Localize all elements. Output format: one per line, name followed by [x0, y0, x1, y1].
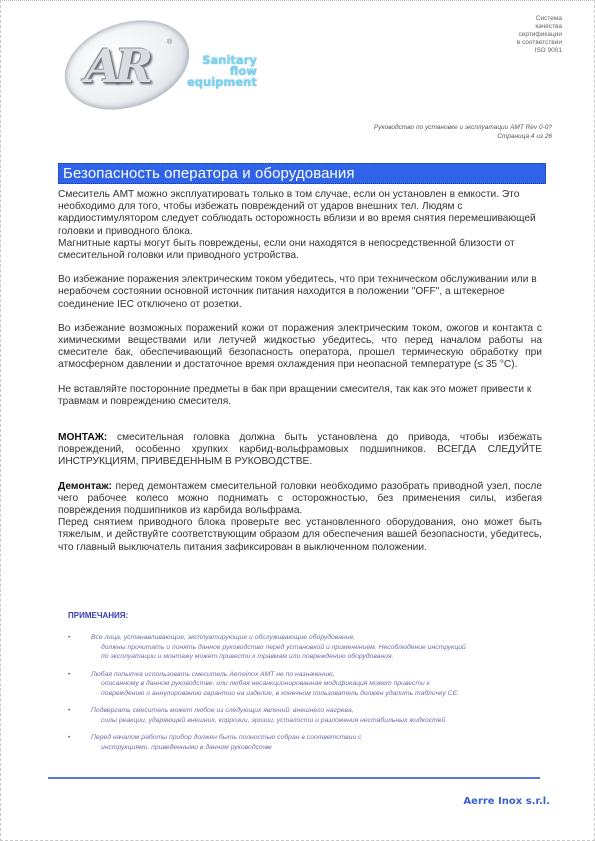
section-title-bar: Безопасность оператора и оборудования — [58, 163, 546, 184]
note-continuation: силы реакции, ударяющей внешних, коррози… — [68, 716, 538, 726]
quality-line: ISO 9001 — [472, 47, 562, 55]
dismounting-text: перед демонтажем смесительной головки не… — [58, 481, 542, 516]
quality-certification-block: Система качества сертификации в соответс… — [472, 15, 562, 55]
quality-line: Система — [472, 15, 562, 23]
manual-title: Руководство по установке и эксплуатации … — [374, 123, 552, 132]
paragraph-dismounting: Демонтаж: перед демонтажем смесительной … — [58, 481, 542, 518]
logo-mark: AR — [85, 39, 147, 93]
mounting-label: МОНТАЖ: — [58, 432, 107, 443]
note-continuation: должны прочитать и понять данное руковод… — [68, 643, 538, 653]
bullet-icon: • — [68, 633, 70, 643]
paragraph-magnetic-cards: Магнитные карты могут быть повреждены, е… — [58, 238, 542, 262]
document-body: Смеситель AMT можно эксплуатировать толь… — [58, 189, 542, 566]
note-continuation: по эксплуатации и монтажу может привести… — [68, 652, 538, 662]
dismounting-label: Демонтаж: — [58, 481, 112, 492]
mounting-text: смесительная головка должна быть установ… — [58, 432, 542, 467]
paragraph-electric-shock: Во избежание поражения электрическим ток… — [58, 274, 542, 311]
notes-list: • Все лица, устанавливающие, эксплуатиру… — [68, 633, 538, 760]
note-continuation: описанному в данном руководстве, или люб… — [68, 679, 538, 689]
quality-line: качества — [472, 23, 562, 31]
section-title: Безопасность оператора и оборудования — [59, 164, 545, 183]
note-item: • Любая попытка использовать смеситель A… — [68, 670, 538, 699]
bullet-icon: • — [68, 733, 70, 743]
company-logo: AR ® Sanitary flow equipment — [63, 15, 263, 105]
notes-title: ПРИМЕЧАНИЯ: — [68, 611, 128, 620]
quality-line: сертификации — [472, 31, 562, 39]
note-lead: Подвергать смеситель может любое из след… — [68, 706, 538, 716]
paragraph-skin-protection: Во избежание возможных поражений кожи от… — [58, 323, 542, 372]
note-lead: Любая попытка использовать смеситель Aer… — [68, 670, 538, 680]
note-continuation: повреждению и аннулированию гарантии на … — [68, 689, 538, 699]
paragraph-mounting: МОНТАЖ: смесительная головка должна быть… — [58, 432, 542, 469]
bullet-icon: • — [68, 706, 70, 716]
note-lead: Перед началом работы прибор должен быть … — [68, 733, 538, 743]
footer-divider — [48, 777, 540, 779]
note-continuation: инструкциями, приведенными в данном руко… — [68, 743, 538, 753]
note-item: • Перед началом работы прибор должен быт… — [68, 733, 538, 752]
running-header: Руководство по установке и эксплуатации … — [374, 123, 552, 141]
page-number: Страница 4 из 26 — [374, 132, 552, 141]
note-item: • Подвергать смеситель может любое из сл… — [68, 706, 538, 725]
logo-tagline: Sanitary flow equipment — [187, 55, 257, 88]
paragraph-foreign-objects: Не вставляйте посторонние предметы в бак… — [58, 384, 542, 408]
footer-company-name: Aerre Inox s.r.l. — [463, 796, 550, 807]
registered-mark-icon: ® — [167, 39, 172, 46]
paragraph-installation: Смеситель AMT можно эксплуатировать толь… — [58, 189, 542, 238]
paragraph-drive-removal: Перед снятием приводного блока проверьте… — [58, 517, 542, 554]
note-lead: Все лица, устанавливающие, эксплуатирующ… — [68, 633, 538, 643]
tagline-line: equipment — [187, 77, 257, 88]
note-item: • Все лица, устанавливающие, эксплуатиру… — [68, 633, 538, 662]
bullet-icon: • — [68, 670, 70, 680]
document-page: AR ® Sanitary flow equipment Система кач… — [0, 0, 595, 841]
quality-line: в соответствии — [472, 39, 562, 47]
